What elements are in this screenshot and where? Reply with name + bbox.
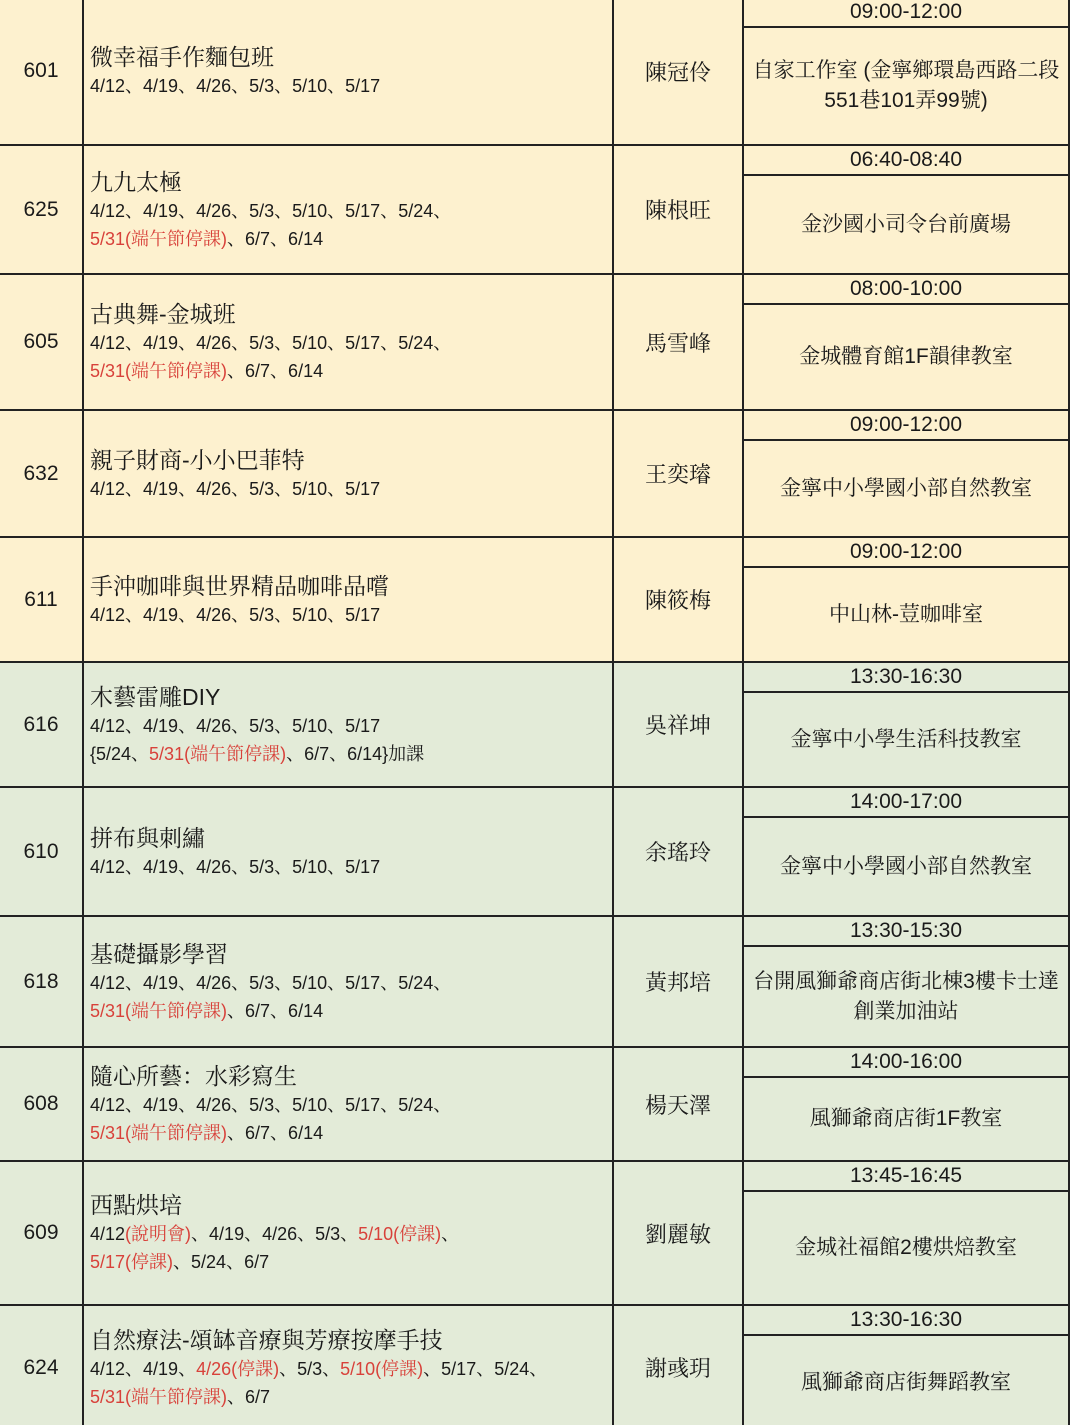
class-time: 13:30-16:30: [744, 663, 1068, 693]
date-line: 4/12、4/19、4/26、5/3、5/10、5/17: [90, 475, 612, 503]
class-location: 自家工作室 (金寧鄉環島西路二段551巷101弄99號): [744, 28, 1068, 144]
date-text: 4/12、4/19、4/26、5/3、5/10、5/17、5/24、: [90, 201, 451, 221]
course-dates: 4/12(說明會)、4/19、4/26、5/3、5/10(停課)、5/17(停課…: [90, 1220, 612, 1276]
course-name: 拼布與刺繡: [90, 823, 612, 853]
date-text: 、6/7、6/14: [227, 1001, 323, 1021]
class-location: 風獅爺商店街舞蹈教室: [744, 1336, 1068, 1425]
course-name: 西點烘培: [90, 1190, 612, 1220]
table-row-632: 632 親子財商-小小巴菲特 4/12、4/19、4/26、5/3、5/10、5…: [0, 411, 1070, 538]
class-location: 風獅爺商店街1F教室: [744, 1078, 1068, 1160]
class-location: 金寧中小學國小部自然教室: [744, 441, 1068, 536]
course-dates: 4/12、4/19、4/26、5/3、5/10、5/17{5/24、5/31(端…: [90, 712, 612, 768]
date-line: 4/12、4/19、4/26、5/3、5/10、5/17、5/24、: [90, 197, 612, 225]
date-text: 4/12、4/19、4/26、5/3、5/10、5/17、5/24、: [90, 1095, 451, 1115]
date-line: 4/12、4/19、4/26、5/3、5/10、5/17: [90, 853, 612, 881]
date-text: 、6/7、6/14: [227, 229, 323, 249]
course-id: 632: [0, 411, 84, 536]
table-row-625: 625 九九太極 4/12、4/19、4/26、5/3、5/10、5/17、5/…: [0, 146, 1070, 275]
course-name: 隨心所藝：水彩寫生: [90, 1061, 612, 1091]
course-dates: 4/12、4/19、4/26、5/3、5/10、5/17: [90, 72, 612, 100]
table-row-616: 616 木藝雷雕DIY 4/12、4/19、4/26、5/3、5/10、5/17…: [0, 663, 1070, 788]
date-line: 5/31(端午節停課)、6/7、6/14: [90, 1119, 612, 1147]
class-time: 14:00-16:00: [744, 1048, 1068, 1078]
date-note-highlight: 5/31(端午節停課): [90, 1001, 227, 1021]
time-place-cell: 09:00-12:00 中山林-荳咖啡室: [744, 538, 1070, 661]
class-time: 06:40-08:40: [744, 146, 1068, 176]
course-dates: 4/12、4/19、4/26、5/3、5/10、5/17、5/24、5/31(端…: [90, 969, 612, 1025]
date-text: 4/12、4/19、: [90, 1359, 196, 1379]
course-cell: 手沖咖啡與世界精品咖啡品嚐 4/12、4/19、4/26、5/3、5/10、5/…: [84, 538, 614, 661]
date-text: 4/12: [90, 1224, 125, 1244]
time-place-cell: 09:00-12:00 金寧中小學國小部自然教室: [744, 411, 1070, 536]
class-location: 金寧中小學生活科技教室: [744, 693, 1068, 786]
course-id: 601: [0, 0, 84, 144]
course-cell: 拼布與刺繡 4/12、4/19、4/26、5/3、5/10、5/17: [84, 788, 614, 915]
teacher-name: 王奕璿: [614, 411, 744, 536]
class-time: 14:00-17:00: [744, 788, 1068, 818]
date-note-highlight: 4/26(停課): [196, 1359, 279, 1379]
date-note-highlight: 5/31(端午節停課): [90, 1123, 227, 1143]
class-time: 08:00-10:00: [744, 275, 1068, 305]
class-time: 09:00-12:00: [744, 411, 1068, 441]
table-row-611: 611 手沖咖啡與世界精品咖啡品嚐 4/12、4/19、4/26、5/3、5/1…: [0, 538, 1070, 663]
class-time: 13:30-16:30: [744, 1306, 1068, 1336]
class-time: 13:30-15:30: [744, 917, 1068, 947]
time-place-cell: 13:30-16:30 金寧中小學生活科技教室: [744, 663, 1070, 786]
teacher-name: 陳冠伶: [614, 0, 744, 144]
table-row-624: 624 自然療法-頌缽音療與芳療按摩手技 4/12、4/19、4/26(停課)、…: [0, 1306, 1070, 1425]
course-dates: 4/12、4/19、4/26、5/3、5/10、5/17、5/24、5/31(端…: [90, 1091, 612, 1147]
date-text: 4/12、4/19、4/26、5/3、5/10、5/17: [90, 76, 380, 96]
date-note-highlight: 5/31(端午節停課): [149, 744, 286, 764]
course-name: 木藝雷雕DIY: [90, 682, 612, 712]
course-name: 自然療法-頌缽音療與芳療按摩手技: [90, 1325, 612, 1355]
date-line: 5/17(停課)、5/24、6/7: [90, 1248, 612, 1276]
date-text: 、6/7、6/14: [227, 1123, 323, 1143]
course-name: 親子財商-小小巴菲特: [90, 445, 612, 475]
date-line: 5/31(端午節停課)、6/7、6/14: [90, 997, 612, 1025]
course-id: 608: [0, 1048, 84, 1160]
course-name: 微幸福手作麵包班: [90, 42, 612, 72]
date-text: 、5/17、5/24、: [423, 1359, 547, 1379]
course-dates: 4/12、4/19、4/26、5/3、5/10、5/17、5/24、5/31(端…: [90, 329, 612, 385]
course-cell: 自然療法-頌缽音療與芳療按摩手技 4/12、4/19、4/26(停課)、5/3、…: [84, 1306, 614, 1425]
course-cell: 古典舞-金城班 4/12、4/19、4/26、5/3、5/10、5/17、5/2…: [84, 275, 614, 409]
course-schedule-table: 601 微幸福手作麵包班 4/12、4/19、4/26、5/3、5/10、5/1…: [0, 0, 1070, 1425]
class-location: 金城社福館2樓烘焙教室: [744, 1192, 1068, 1304]
date-note-highlight: 5/31(端午節停課): [90, 229, 227, 249]
time-place-cell: 13:30-16:30 風獅爺商店街舞蹈教室: [744, 1306, 1070, 1425]
date-text: 4/12、4/19、4/26、5/3、5/10、5/17: [90, 605, 380, 625]
date-line: {5/24、5/31(端午節停課)、6/7、6/14}加課: [90, 740, 612, 768]
course-cell: 九九太極 4/12、4/19、4/26、5/3、5/10、5/17、5/24、5…: [84, 146, 614, 273]
teacher-name: 謝彧玥: [614, 1306, 744, 1425]
date-text: 、: [441, 1224, 459, 1244]
class-location: 金沙國小司令台前廣場: [744, 176, 1068, 273]
time-place-cell: 14:00-17:00 金寧中小學國小部自然教室: [744, 788, 1070, 915]
date-text: 、6/7、6/14: [227, 361, 323, 381]
date-note-highlight: 5/31(端午節停課): [90, 1387, 227, 1407]
table-row-609: 609 西點烘培 4/12(說明會)、4/19、4/26、5/3、5/10(停課…: [0, 1162, 1070, 1306]
table-row-618: 618 基礎攝影學習 4/12、4/19、4/26、5/3、5/10、5/17、…: [0, 917, 1070, 1048]
date-line: 4/12、4/19、4/26、5/3、5/10、5/17、5/24、: [90, 329, 612, 357]
table-row-608: 608 隨心所藝：水彩寫生 4/12、4/19、4/26、5/3、5/10、5/…: [0, 1048, 1070, 1162]
teacher-name: 馬雪峰: [614, 275, 744, 409]
date-line: 5/31(端午節停課)、6/7、6/14: [90, 357, 612, 385]
teacher-name: 劉麗敏: [614, 1162, 744, 1304]
date-text: {5/24、: [90, 744, 149, 764]
date-text: 4/12、4/19、4/26、5/3、5/10、5/17、5/24、: [90, 333, 451, 353]
class-time: 09:00-12:00: [744, 0, 1068, 28]
teacher-name: 楊天澤: [614, 1048, 744, 1160]
course-name: 手沖咖啡與世界精品咖啡品嚐: [90, 571, 612, 601]
course-name: 基礎攝影學習: [90, 939, 612, 969]
date-text: 、6/7、6/14}加課: [286, 744, 424, 764]
date-text: 4/12、4/19、4/26、5/3、5/10、5/17: [90, 716, 380, 736]
date-note-highlight: (說明會): [125, 1224, 191, 1244]
date-line: 4/12、4/19、4/26、5/3、5/10、5/17: [90, 712, 612, 740]
teacher-name: 余瑤玲: [614, 788, 744, 915]
date-line: 4/12、4/19、4/26、5/3、5/10、5/17、5/24、: [90, 1091, 612, 1119]
date-text: 4/12、4/19、4/26、5/3、5/10、5/17: [90, 479, 380, 499]
course-cell: 微幸福手作麵包班 4/12、4/19、4/26、5/3、5/10、5/17: [84, 0, 614, 144]
date-text: 、5/24、6/7: [173, 1252, 269, 1272]
course-name: 古典舞-金城班: [90, 299, 612, 329]
date-text: 、4/19、4/26、5/3、: [191, 1224, 358, 1244]
course-name: 九九太極: [90, 167, 612, 197]
date-line: 4/12、4/19、4/26、5/3、5/10、5/17、5/24、: [90, 969, 612, 997]
time-place-cell: 13:30-15:30 台開風獅爺商店街北棟3樓卡士達創業加油站: [744, 917, 1070, 1046]
table-row-605: 605 古典舞-金城班 4/12、4/19、4/26、5/3、5/10、5/17…: [0, 275, 1070, 411]
course-id: 618: [0, 917, 84, 1046]
course-cell: 基礎攝影學習 4/12、4/19、4/26、5/3、5/10、5/17、5/24…: [84, 917, 614, 1046]
date-line: 4/12、4/19、4/26(停課)、5/3、5/10(停課)、5/17、5/2…: [90, 1355, 612, 1383]
date-text: 、6/7: [227, 1387, 270, 1407]
table-row-601: 601 微幸福手作麵包班 4/12、4/19、4/26、5/3、5/10、5/1…: [0, 0, 1070, 146]
course-cell: 隨心所藝：水彩寫生 4/12、4/19、4/26、5/3、5/10、5/17、5…: [84, 1048, 614, 1160]
class-location: 金城體育館1F韻律教室: [744, 305, 1068, 409]
table-row-610: 610 拼布與刺繡 4/12、4/19、4/26、5/3、5/10、5/17 余…: [0, 788, 1070, 917]
time-place-cell: 13:45-16:45 金城社福館2樓烘焙教室: [744, 1162, 1070, 1304]
course-dates: 4/12、4/19、4/26、5/3、5/10、5/17: [90, 601, 612, 629]
date-note-highlight: 5/17(停課): [90, 1252, 173, 1272]
course-cell: 木藝雷雕DIY 4/12、4/19、4/26、5/3、5/10、5/17{5/2…: [84, 663, 614, 786]
class-time: 09:00-12:00: [744, 538, 1068, 568]
time-place-cell: 09:00-12:00 自家工作室 (金寧鄉環島西路二段551巷101弄99號): [744, 0, 1070, 144]
course-cell: 西點烘培 4/12(說明會)、4/19、4/26、5/3、5/10(停課)、5/…: [84, 1162, 614, 1304]
course-id: 624: [0, 1306, 84, 1425]
date-note-highlight: 5/10(停課): [358, 1224, 441, 1244]
course-id: 625: [0, 146, 84, 273]
course-id: 616: [0, 663, 84, 786]
class-location: 台開風獅爺商店街北棟3樓卡士達創業加油站: [744, 947, 1068, 1046]
date-line: 4/12、4/19、4/26、5/3、5/10、5/17: [90, 72, 612, 100]
course-id: 610: [0, 788, 84, 915]
course-dates: 4/12、4/19、4/26、5/3、5/10、5/17、5/24、5/31(端…: [90, 197, 612, 253]
course-id: 609: [0, 1162, 84, 1304]
course-id: 605: [0, 275, 84, 409]
course-dates: 4/12、4/19、4/26、5/3、5/10、5/17: [90, 853, 612, 881]
date-text: 4/12、4/19、4/26、5/3、5/10、5/17、5/24、: [90, 973, 451, 993]
teacher-name: 黃邦培: [614, 917, 744, 1046]
time-place-cell: 14:00-16:00 風獅爺商店街1F教室: [744, 1048, 1070, 1160]
course-cell: 親子財商-小小巴菲特 4/12、4/19、4/26、5/3、5/10、5/17: [84, 411, 614, 536]
date-note-highlight: 5/10(停課): [340, 1359, 423, 1379]
class-location: 中山林-荳咖啡室: [744, 568, 1068, 661]
date-text: 、5/3、: [279, 1359, 340, 1379]
teacher-name: 陳根旺: [614, 146, 744, 273]
course-dates: 4/12、4/19、4/26、5/3、5/10、5/17: [90, 475, 612, 503]
time-place-cell: 08:00-10:00 金城體育館1F韻律教室: [744, 275, 1070, 409]
class-location: 金寧中小學國小部自然教室: [744, 818, 1068, 915]
date-line: 4/12、4/19、4/26、5/3、5/10、5/17: [90, 601, 612, 629]
date-note-highlight: 5/31(端午節停課): [90, 361, 227, 381]
date-line: 4/12(說明會)、4/19、4/26、5/3、5/10(停課)、: [90, 1220, 612, 1248]
teacher-name: 吳祥坤: [614, 663, 744, 786]
date-text: 4/12、4/19、4/26、5/3、5/10、5/17: [90, 857, 380, 877]
course-id: 611: [0, 538, 84, 661]
date-line: 5/31(端午節停課)、6/7、6/14: [90, 225, 612, 253]
course-dates: 4/12、4/19、4/26(停課)、5/3、5/10(停課)、5/17、5/2…: [90, 1355, 612, 1411]
time-place-cell: 06:40-08:40 金沙國小司令台前廣場: [744, 146, 1070, 273]
class-time: 13:45-16:45: [744, 1162, 1068, 1192]
teacher-name: 陳筱梅: [614, 538, 744, 661]
date-line: 5/31(端午節停課)、6/7: [90, 1383, 612, 1411]
